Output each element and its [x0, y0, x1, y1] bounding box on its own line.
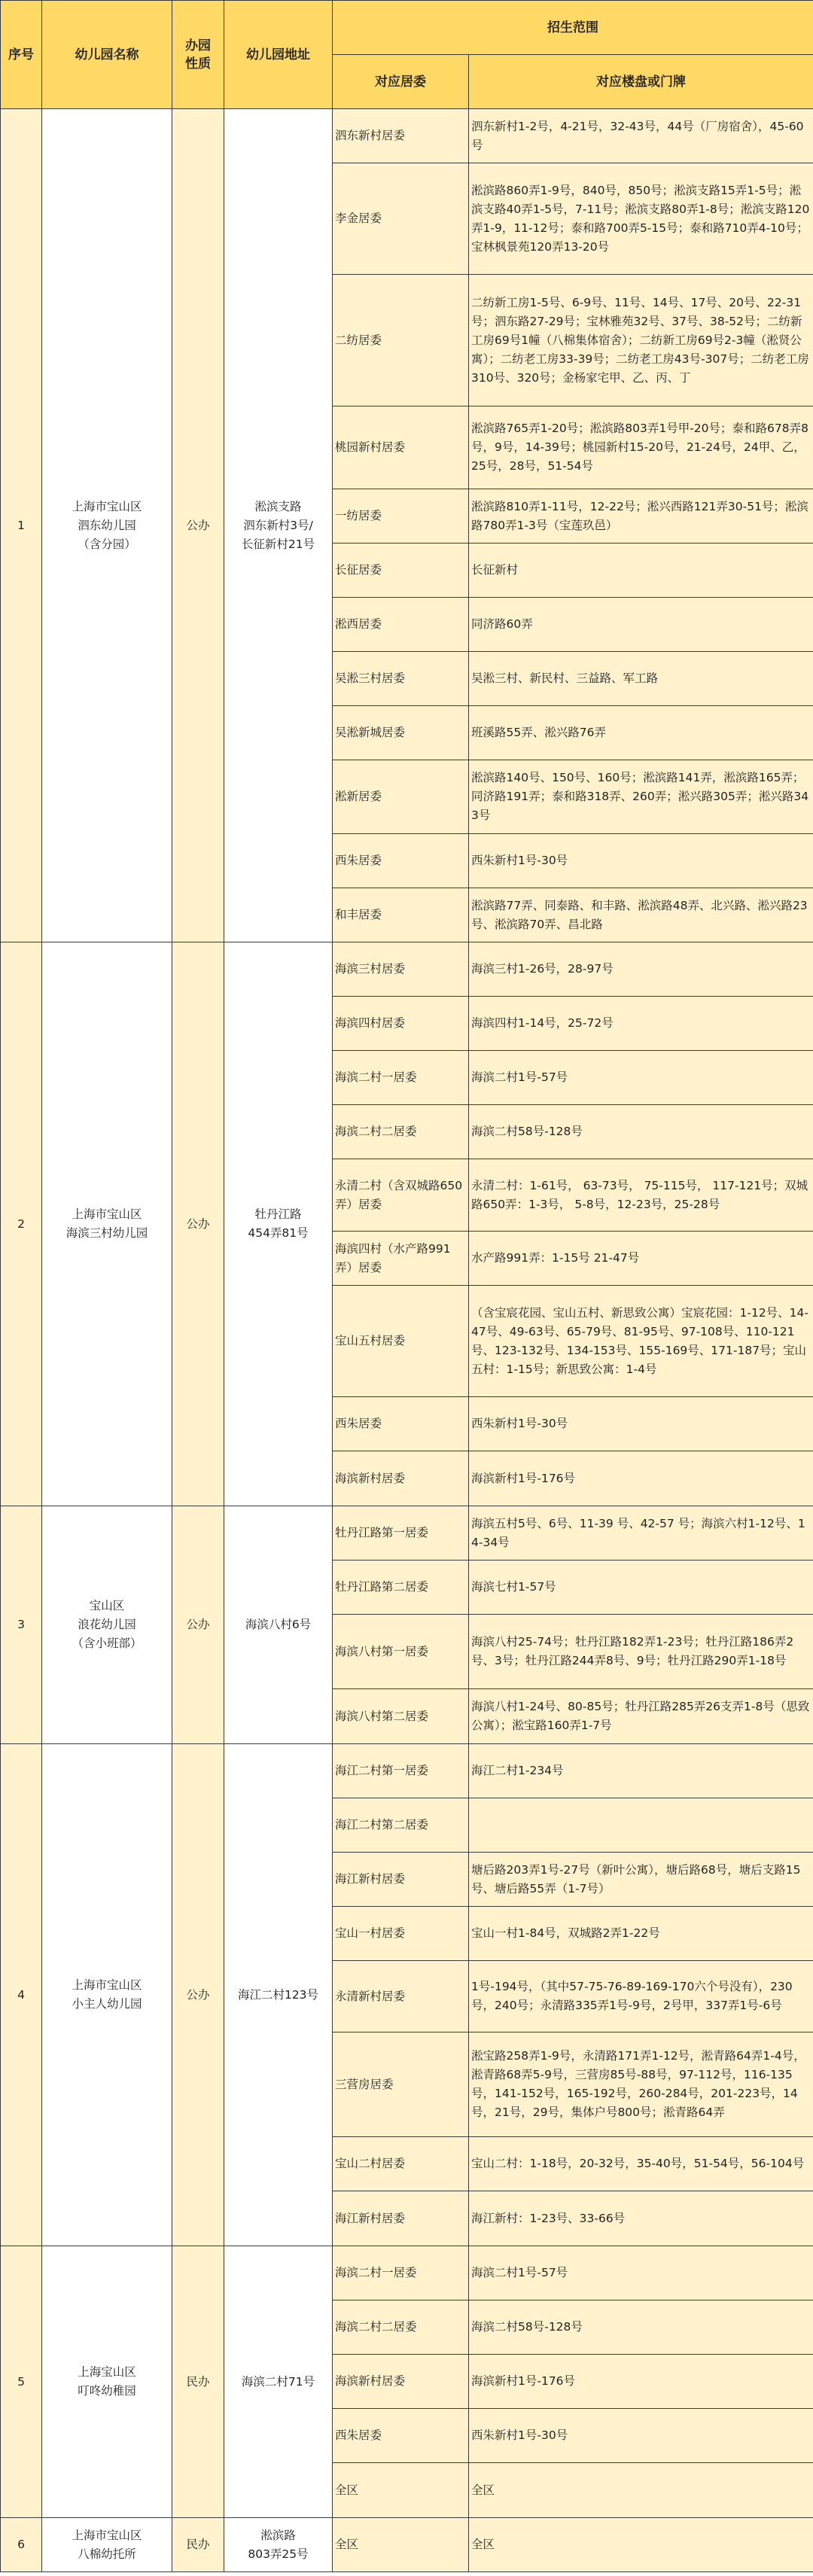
- community-cell: 海滨二村一居委: [333, 2246, 469, 2300]
- enrollment-table: 序号 幼儿园名称 办园 性质 幼儿园地址 招生范围 对应居委 对应楼盘或门牌 1…: [0, 0, 813, 2572]
- buildings-cell: 淞滨路810弄1-11号，12-22号；淞兴西路121弄30-51号；淞滨路78…: [469, 489, 813, 544]
- community-cell: 海滨八村第二居委: [333, 1689, 469, 1744]
- table-row: 2上海市宝山区 海滨三村幼儿园公办牡丹江路 454弄81号海滨三村居委海滨三村1…: [1, 942, 813, 997]
- community-cell: 吴淞三村居委: [333, 652, 469, 706]
- buildings-cell: 海滨二村1号-57号: [469, 2246, 813, 2300]
- community-cell: 一纺居委: [333, 489, 469, 544]
- community-cell: 宝山一村居委: [333, 1907, 469, 1961]
- header-enrollment-scope: 招生范围: [333, 1, 813, 55]
- buildings-cell: 海滨八村1-24号、80-85号；牡丹江路285弄26支弄1-8号（思致公寓）；…: [469, 1689, 813, 1744]
- community-cell: 永清新村居委: [333, 1961, 469, 2032]
- buildings-cell: 海滨八村25-74号；牡丹江路182弄1-23号；牡丹江路186弄2号、3号；牡…: [469, 1615, 813, 1689]
- header-ownership-type: 办园 性质: [172, 1, 224, 109]
- community-cell: 永清二村（含双城路650弄）居委: [333, 1159, 469, 1232]
- table-row: 4上海市宝山区 小主人幼儿园公办海江二村123号海江二村第一居委海江二村1-23…: [1, 1744, 813, 1798]
- seq-cell: 5: [1, 2246, 42, 2518]
- seq-cell: 4: [1, 1744, 42, 2246]
- community-cell: 淞西居委: [333, 598, 469, 652]
- buildings-cell: 海滨三村1-26号，28-97号: [469, 942, 813, 997]
- ownership-type-cell: 民办: [172, 2518, 224, 2572]
- table-header: 序号 幼儿园名称 办园 性质 幼儿园地址 招生范围 对应居委 对应楼盘或门牌: [1, 1, 813, 109]
- seq-cell: 6: [1, 2518, 42, 2572]
- community-cell: 海滨四村居委: [333, 997, 469, 1051]
- kindergarten-name-cell: 宝山区 浪花幼儿园 （含小班部）: [42, 1506, 172, 1744]
- buildings-cell: 海滨新村1号-176号: [469, 1451, 813, 1506]
- buildings-cell: 海滨二村58号-128号: [469, 1105, 813, 1159]
- buildings-cell: 淞宝路258弄1-9号，永清路171弄1-12号，淞青路64弄1-4号，淞青路6…: [469, 2032, 813, 2137]
- buildings-cell: 塘后路203弄1号-27号（新叶公寓），塘后路68号，塘后支路15号、塘后路55…: [469, 1853, 813, 1907]
- buildings-cell: 班溪路55弄、淞兴路76弄: [469, 706, 813, 760]
- community-cell: 宝山二村居委: [333, 2137, 469, 2191]
- buildings-cell: （含宝宸花园、宝山五村、新思致公寓）宝宸花园：1-12号、14-47号、49-6…: [469, 1286, 813, 1397]
- community-cell: 牡丹江路第二居委: [333, 1561, 469, 1615]
- kindergarten-address-cell: 淞滨支路 泗东新村3号/ 长征新村21号: [224, 109, 333, 942]
- buildings-cell: 淞滨路860弄1-9号，840号，850号；淞滨支路15弄1-5号；淞滨支路40…: [469, 163, 813, 275]
- kindergarten-name-cell: 上海市宝山区 八棉幼托所: [42, 2518, 172, 2572]
- community-cell: 和丰居委: [333, 888, 469, 942]
- buildings-cell: 吴淞三村、新民村、三益路、军工路: [469, 652, 813, 706]
- header-community: 对应居委: [333, 55, 469, 109]
- kindergarten-name-cell: 上海市宝山区 泗东幼儿园 （含分园）: [42, 109, 172, 942]
- kindergarten-address-cell: 海滨二村71号: [224, 2246, 333, 2518]
- ownership-type-cell: 公办: [172, 942, 224, 1506]
- buildings-cell: 海滨五村5号、6号、11-39 号、42-57 号；海滨六村1-12号、14-3…: [469, 1506, 813, 1561]
- buildings-cell: 海江二村1-234号: [469, 1744, 813, 1798]
- kindergarten-address-cell: 牡丹江路 454弄81号: [224, 942, 333, 1506]
- ownership-type-cell: 公办: [172, 1506, 224, 1744]
- buildings-cell: 泗东新村1-2号，4-21号，32-43号，44号（厂房宿舍），45-60号: [469, 109, 813, 163]
- header-buildings: 对应楼盘或门牌: [469, 55, 813, 109]
- community-cell: 全区: [333, 2518, 469, 2572]
- buildings-cell: 海江新村：1-23号、33-66号: [469, 2191, 813, 2246]
- buildings-cell: 海滨新村1号-176号: [469, 2355, 813, 2409]
- buildings-cell: 西朱新村1号-30号: [469, 834, 813, 888]
- community-cell: 海滨三村居委: [333, 942, 469, 997]
- buildings-cell: 二纺新工房1-5号、6-9号、11号、14号、17号、20号、22-31号；泗东…: [469, 275, 813, 406]
- community-cell: 吴淞新城居委: [333, 706, 469, 760]
- kindergarten-name-cell: 上海市宝山区 小主人幼儿园: [42, 1744, 172, 2246]
- buildings-cell: 淞滨路140号、150号、160号；淞滨路141弄，淞滨路165弄；同济路191…: [469, 760, 813, 834]
- table-row: 3宝山区 浪花幼儿园 （含小班部）公办海滨八村6号牡丹江路第一居委海滨五村5号、…: [1, 1506, 813, 1561]
- buildings-cell: 全区: [469, 2518, 813, 2572]
- community-cell: 全区: [333, 2463, 469, 2518]
- ownership-type-cell: 民办: [172, 2246, 224, 2518]
- table-row: 6上海市宝山区 八棉幼托所民办淞滨路 803弄25号全区全区: [1, 2518, 813, 2572]
- community-cell: 海滨二村一居委: [333, 1051, 469, 1105]
- community-cell: 西朱居委: [333, 834, 469, 888]
- table-row: 1上海市宝山区 泗东幼儿园 （含分园）公办淞滨支路 泗东新村3号/ 长征新村21…: [1, 109, 813, 163]
- community-cell: 海滨新村居委: [333, 2355, 469, 2409]
- community-cell: 西朱居委: [333, 2409, 469, 2463]
- community-cell: 长征居委: [333, 544, 469, 598]
- buildings-cell: 海滨二村1号-57号: [469, 1051, 813, 1105]
- buildings-cell: 永清二村：1-61号， 63-73号， 75-115号， 117-121号；双城…: [469, 1159, 813, 1232]
- community-cell: 西朱居委: [333, 1397, 469, 1451]
- community-cell: 海江新村居委: [333, 2191, 469, 2246]
- ownership-type-cell: 公办: [172, 109, 224, 942]
- buildings-cell: 1号-194号，（其中57-75-76-89-169-170六个号没有），230…: [469, 1961, 813, 2032]
- kindergarten-name-cell: 上海市宝山区 海滨三村幼儿园: [42, 942, 172, 1506]
- community-cell: 二纺居委: [333, 275, 469, 406]
- community-cell: 海滨新村居委: [333, 1451, 469, 1506]
- kindergarten-address-cell: 淞滨路 803弄25号: [224, 2518, 333, 2572]
- community-cell: 牡丹江路第一居委: [333, 1506, 469, 1561]
- buildings-cell: 水产路991弄：1-15号 21-47号: [469, 1232, 813, 1286]
- buildings-cell: 全区: [469, 2463, 813, 2518]
- buildings-cell: [469, 1798, 813, 1853]
- buildings-cell: 西朱新村1号-30号: [469, 1397, 813, 1451]
- buildings-cell: 长征新村: [469, 544, 813, 598]
- community-cell: 海滨八村第一居委: [333, 1615, 469, 1689]
- buildings-cell: 同济路60弄: [469, 598, 813, 652]
- seq-cell: 3: [1, 1506, 42, 1744]
- ownership-type-cell: 公办: [172, 1744, 224, 2246]
- community-cell: 桃园新村居委: [333, 406, 469, 489]
- buildings-cell: 宝山一村1-84号，双城路2弄1-22号: [469, 1907, 813, 1961]
- buildings-cell: 淞滨路77弄、同泰路、和丰路、淞滨路48弄、北兴路、淞兴路23号、淞滨路70弄、…: [469, 888, 813, 942]
- community-cell: 淞新居委: [333, 760, 469, 834]
- kindergarten-name-cell: 上海宝山区 叮咚幼稚园: [42, 2246, 172, 2518]
- table-row: 5上海宝山区 叮咚幼稚园民办海滨二村71号海滨二村一居委海滨二村1号-57号: [1, 2246, 813, 2300]
- community-cell: 海江新村居委: [333, 1853, 469, 1907]
- community-cell: 宝山五村居委: [333, 1286, 469, 1397]
- kindergarten-address-cell: 海滨八村6号: [224, 1506, 333, 1744]
- buildings-cell: 海滨七村1-57号: [469, 1561, 813, 1615]
- community-cell: 海滨二村二居委: [333, 1105, 469, 1159]
- header-seq: 序号: [1, 1, 42, 109]
- community-cell: 三营房居委: [333, 2032, 469, 2137]
- buildings-cell: 西朱新村1号-30号: [469, 2409, 813, 2463]
- buildings-cell: 海滨四村1-14号，25-72号: [469, 997, 813, 1051]
- buildings-cell: 淞滨路765弄1-20号；淞滨路803弄1号甲-20号；泰和路678弄8号，9号…: [469, 406, 813, 489]
- header-kindergarten-address: 幼儿园地址: [224, 1, 333, 109]
- buildings-cell: 海滨二村58号-128号: [469, 2300, 813, 2355]
- seq-cell: 2: [1, 942, 42, 1506]
- buildings-cell: 宝山二村：1-18号，20-32号，35-40号，51-54号，56-104号: [469, 2137, 813, 2191]
- community-cell: 海滨四村（水产路991弄）居委: [333, 1232, 469, 1286]
- community-cell: 泗东新村居委: [333, 109, 469, 163]
- header-kindergarten-name: 幼儿园名称: [42, 1, 172, 109]
- table-body: 1上海市宝山区 泗东幼儿园 （含分园）公办淞滨支路 泗东新村3号/ 长征新村21…: [1, 109, 813, 2572]
- community-cell: 海江二村第二居委: [333, 1798, 469, 1853]
- seq-cell: 1: [1, 109, 42, 942]
- community-cell: 李金居委: [333, 163, 469, 275]
- community-cell: 海滨二村二居委: [333, 2300, 469, 2355]
- community-cell: 海江二村第一居委: [333, 1744, 469, 1798]
- kindergarten-address-cell: 海江二村123号: [224, 1744, 333, 2246]
